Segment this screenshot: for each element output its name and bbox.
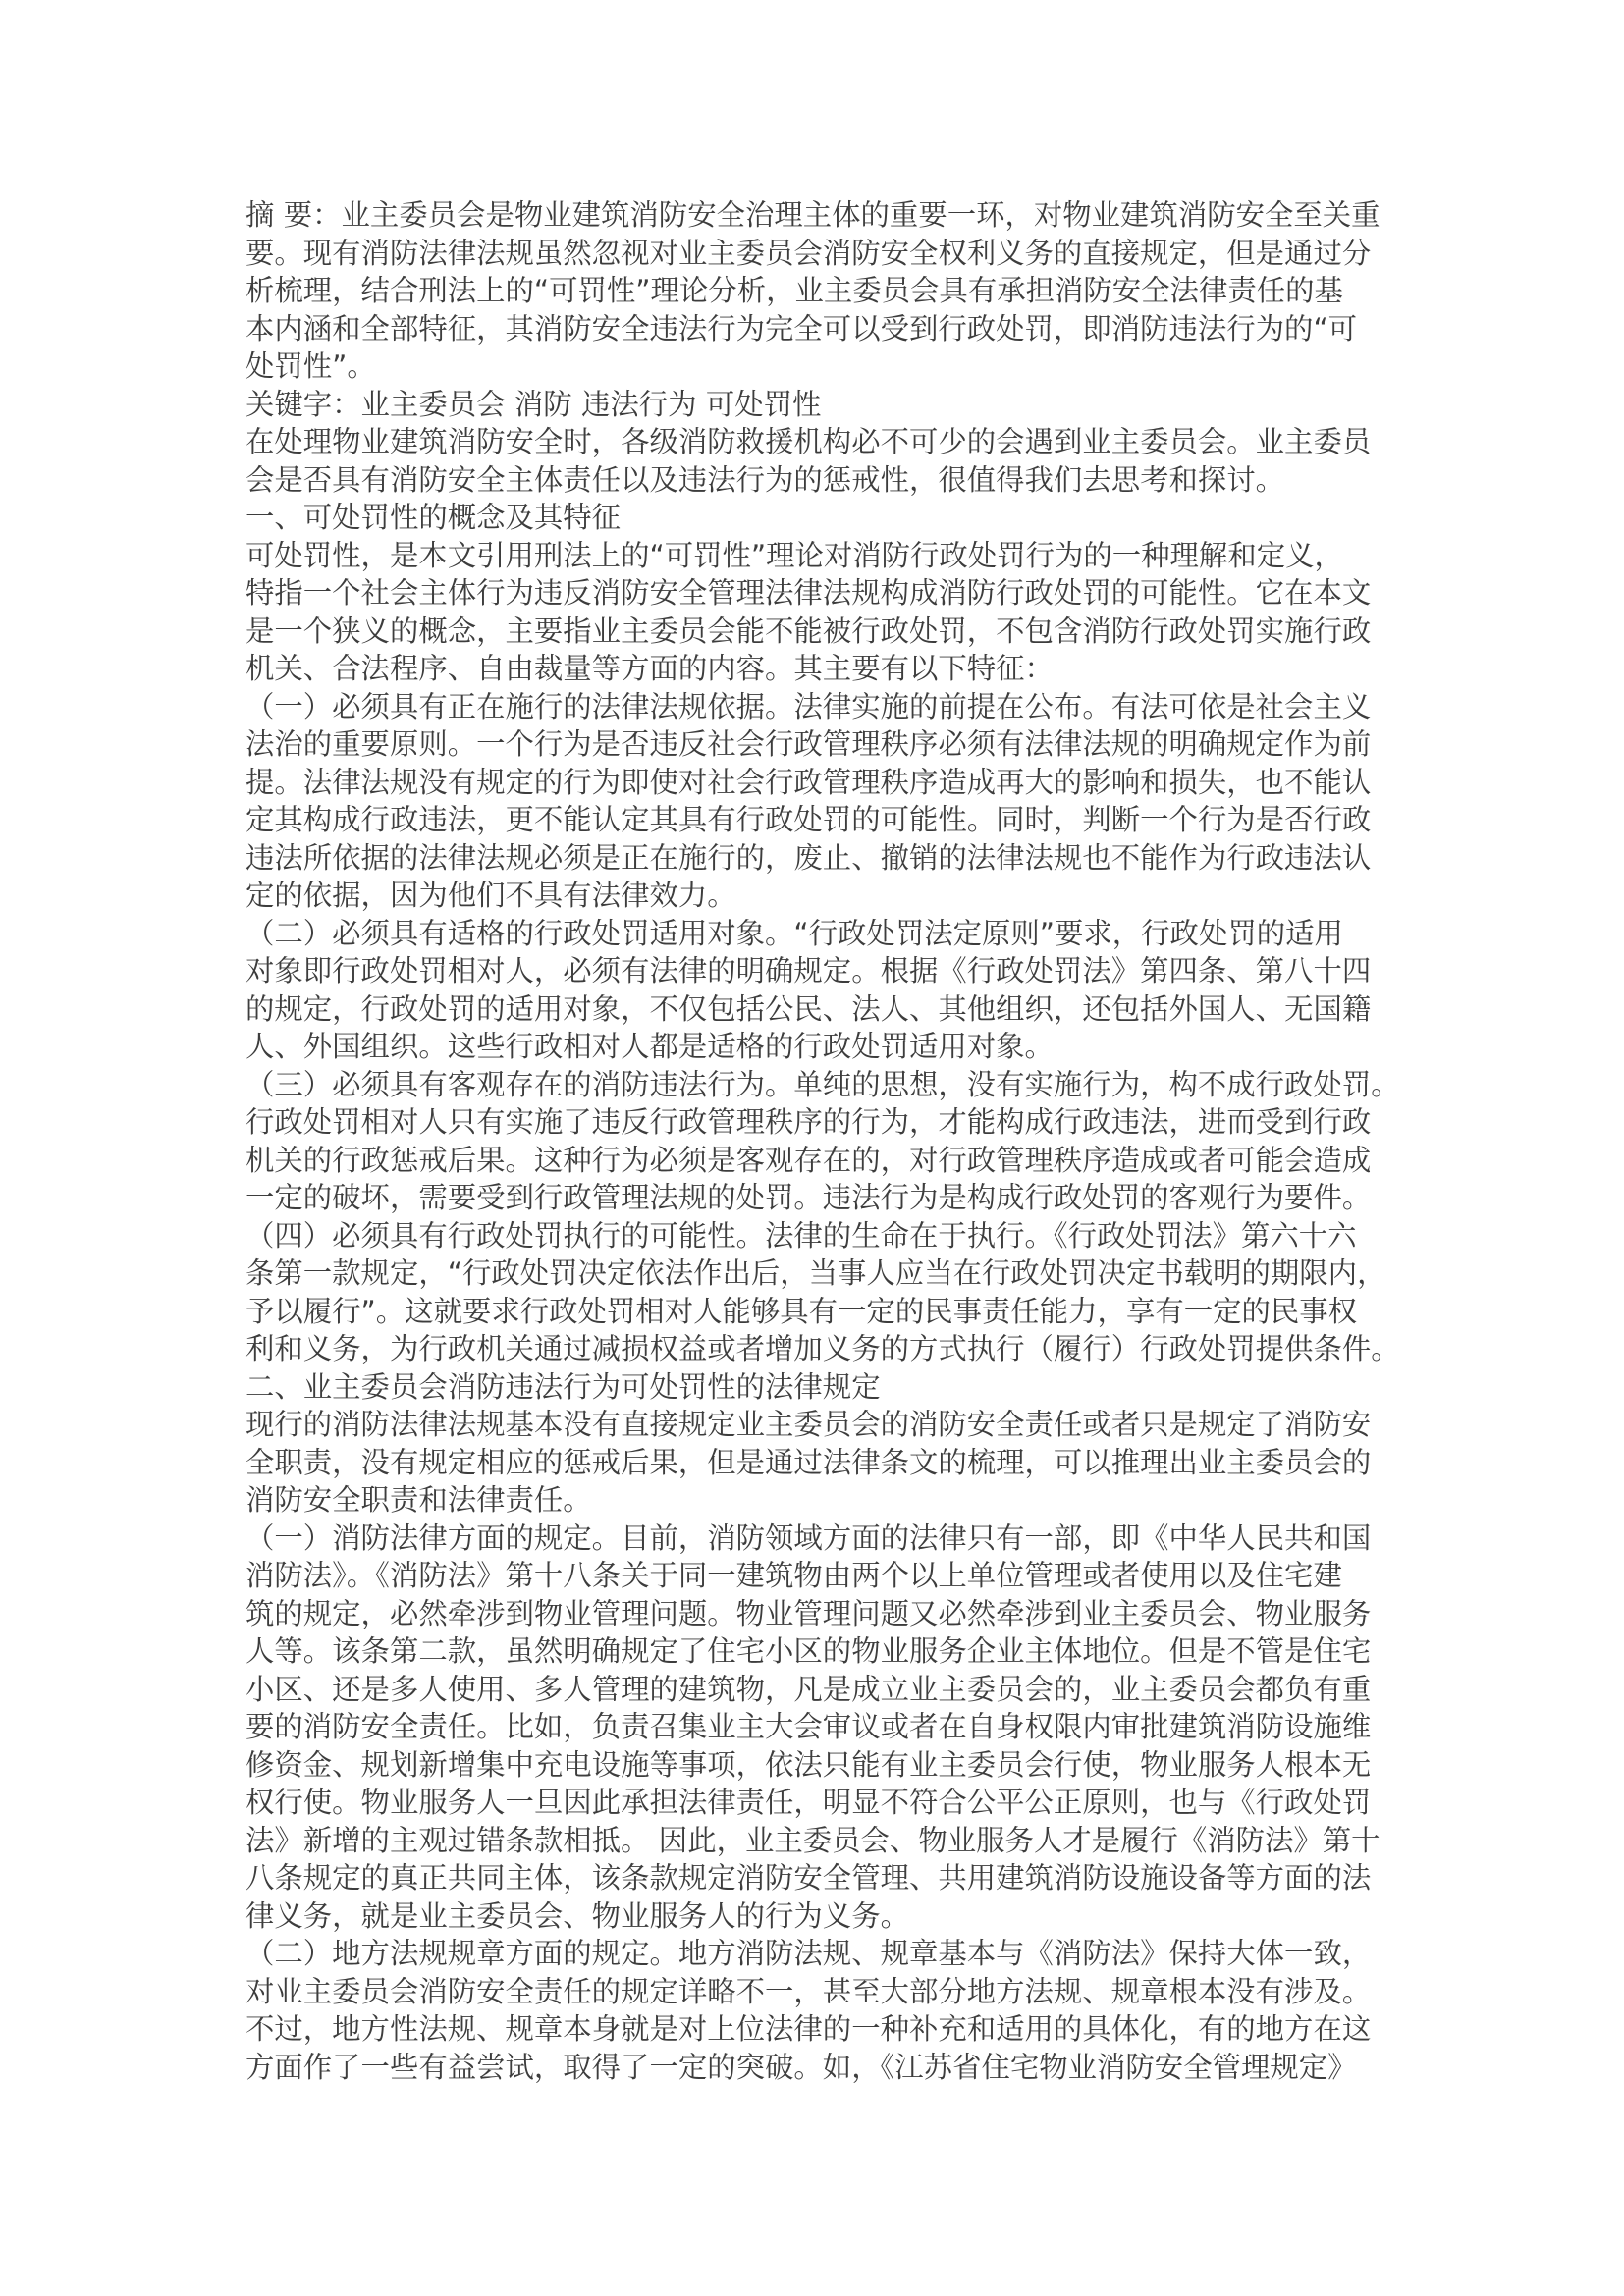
text-line: 法》新增的主观过错条款相抵。 因此，业主委员会、物业服务人才是履行《消防法》第十 — [245, 1822, 1404, 1860]
text-line: 消防安全职责和法律责任。 — [245, 1481, 1404, 1520]
text-line: 要。现有消防法律法规虽然忽视对业主委员会消防安全权利义务的直接规定，但是通过分 — [245, 235, 1404, 273]
text-line: 人等。该条第二款，虽然明确规定了住宅小区的物业服务企业主体地位。但是不管是住宅 — [245, 1632, 1404, 1671]
text-line: 对象即行政处罚相对人，必须有法律的明确规定。根据《行政处罚法》第四条、第八十四 — [245, 952, 1404, 990]
text-line: 定的依据，因为他们不具有法律效力。 — [245, 877, 1404, 915]
text-line: 人、外国组织。这些行政相对人都是适格的行政处罚适用对象。 — [245, 1028, 1404, 1066]
paragraph-section-2-intro: 现行的消防法律法规基本没有直接规定业主委员会的消防安全责任或者只是规定了消防安全… — [245, 1406, 1404, 1520]
paragraph-section-1-point-4: （四）必须具有行政处罚执行的可能性。法律的生命在于执行。《行政处罚法》第六十六条… — [245, 1217, 1404, 1368]
paragraph-section-2-point-2: （二）地方法规规章方面的规定。地方消防法规、规章基本与《消防法》保持大体一致，对… — [245, 1935, 1404, 2086]
text-line: 在处理物业建筑消防安全时，各级消防救援机构必不可少的会遇到业主委员会。业主委员 — [245, 423, 1404, 461]
text-line: 定其构成行政违法，更不能认定其具有行政处罚的可能性。同时，判断一个行为是否行政 — [245, 801, 1404, 839]
text-line: 机关的行政惩戒后果。这种行为必须是客观存在的，对行政管理秩序造成或者可能会造成 — [245, 1142, 1404, 1180]
text-line: 权行使。物业服务人一旦因此承担法律责任，明显不符合公平公正原则，也与《行政处罚 — [245, 1784, 1404, 1822]
text-line: 方面作了一些有益尝试，取得了一定的突破。如，《江苏省住宅物业消防安全管理规定》 — [245, 2049, 1404, 2087]
text-line: （一）消防法律方面的规定。目前，消防领域方面的法律只有一部，即《中华人民共和国 — [245, 1520, 1404, 1558]
text-line: 现行的消防法律法规基本没有直接规定业主委员会的消防安全责任或者只是规定了消防安 — [245, 1406, 1404, 1444]
text-line: 机关、合法程序、自由裁量等方面的内容。其主要有以下特征： — [245, 650, 1404, 688]
text-line: 特指一个社会主体行为违反消防安全管理法律法规构成消防行政处罚的可能性。它在本文 — [245, 574, 1404, 613]
text-line: 行政处罚相对人只有实施了违反行政管理秩序的行为，才能构成行政违法，进而受到行政 — [245, 1103, 1404, 1142]
text-line: 一定的破坏，需要受到行政管理法规的处罚。违法行为是构成行政处罚的客观行为要件。 — [245, 1179, 1404, 1217]
text-line: 全职责，没有规定相应的惩戒后果，但是通过法律条文的梳理，可以推理出业主委员会的 — [245, 1444, 1404, 1482]
text-line: 摘 要：业主委员会是物业建筑消防安全治理主体的重要一环，对物业建筑消防安全至关重 — [245, 196, 1404, 235]
text-line: 筑的规定，必然牵涉到物业管理问题。物业管理问题又必然牵涉到业主委员会、物业服务 — [245, 1595, 1404, 1633]
text-line: 法治的重要原则。一个行为是否违反社会行政管理秩序必须有法律法规的明确规定作为前 — [245, 725, 1404, 764]
text-line: 提。法律法规没有规定的行为即使对社会行政管理秩序造成再大的影响和损失，也不能认 — [245, 764, 1404, 802]
text-line: 析梳理，结合刑法上的“可罚性”理论分析，业主委员会具有承担消防安全法律责任的基 — [245, 272, 1404, 310]
text-line: 予以履行”。这就要求行政处罚相对人能够具有一定的民事责任能力，享有一定的民事权 — [245, 1293, 1404, 1331]
text-line: 关键字：业主委员会 消防 违法行为 可处罚性 — [245, 386, 1404, 424]
text-line: 是一个狭义的概念，主要指业主委员会能不能被行政处罚，不包含消防行政处罚实施行政 — [245, 613, 1404, 651]
text-line: 可处罚性，是本文引用刑法上的“可罚性”理论对消防行政处罚行为的一种理解和定义， — [245, 537, 1404, 575]
text-line: 要的消防安全责任。比如，负责召集业主大会审议或者在自身权限内审批建筑消防设施维 — [245, 1708, 1404, 1746]
paragraph-abstract: 摘 要：业主委员会是物业建筑消防安全治理主体的重要一环，对物业建筑消防安全至关重… — [245, 196, 1404, 386]
text-line: 违法所依据的法律法规必须是正在施行的，废止、撤销的法律法规也不能作为行政违法认 — [245, 839, 1404, 878]
text-line: 八条规定的真正共同主体，该条款规定消防安全管理、共用建筑消防设施设备等方面的法 — [245, 1859, 1404, 1897]
paragraph-keywords: 关键字：业主委员会 消防 违法行为 可处罚性 — [245, 386, 1404, 424]
paragraph-intro: 在处理物业建筑消防安全时，各级消防救援机构必不可少的会遇到业主委员会。业主委员会… — [245, 423, 1404, 499]
text-line: 本内涵和全部特征，其消防安全违法行为完全可以受到行政处罚，即消防违法行为的“可 — [245, 310, 1404, 348]
text-line: 会是否具有消防安全主体责任以及违法行为的惩戒性，很值得我们去思考和探讨。 — [245, 461, 1404, 500]
document-page: 摘 要：业主委员会是物业建筑消防安全治理主体的重要一环，对物业建筑消防安全至关重… — [0, 0, 1624, 2296]
text-line: 对业主委员会消防安全责任的规定详略不一，甚至大部分地方法规、规章根本没有涉及。 — [245, 1973, 1404, 2011]
document-body: 摘 要：业主委员会是物业建筑消防安全治理主体的重要一环，对物业建筑消防安全至关重… — [245, 196, 1404, 2086]
text-line: 的规定，行政处罚的适用对象，不仅包括公民、法人、其他组织，还包括外国人、无国籍 — [245, 990, 1404, 1029]
text-line: 不过，地方性法规、规章本身就是对上位法律的一种补充和适用的具体化，有的地方在这 — [245, 2010, 1404, 2049]
text-line: 消防法》。《消防法》第十八条关于同一建筑物由两个以上单位管理或者使用以及住宅建 — [245, 1557, 1404, 1595]
text-line: 条第一款规定，“行政处罚决定依法作出后，当事人应当在行政处罚决定书载明的期限内， — [245, 1255, 1404, 1293]
text-line: 一、可处罚性的概念及其特征 — [245, 499, 1404, 537]
paragraph-section-1-point-3: （三）必须具有客观存在的消防违法行为。单纯的思想，没有实施行为，构不成行政处罚。… — [245, 1066, 1404, 1217]
text-line: 修资金、规划新增集中充电设施等事项，依法只能有业主委员会行使，物业服务人根本无 — [245, 1746, 1404, 1785]
text-line: （二）必须具有适格的行政处罚适用对象。“行政处罚法定原则”要求，行政处罚的适用 — [245, 915, 1404, 953]
paragraph-section-2-heading: 二、业主委员会消防违法行为可处罚性的法律规定 — [245, 1368, 1404, 1407]
text-line: 律义务，就是业主委员会、物业服务人的行为义务。 — [245, 1897, 1404, 1936]
paragraph-section-1-point-2: （二）必须具有适格的行政处罚适用对象。“行政处罚法定原则”要求，行政处罚的适用对… — [245, 915, 1404, 1066]
text-line: （二）地方法规规章方面的规定。地方消防法规、规章基本与《消防法》保持大体一致， — [245, 1935, 1404, 1973]
paragraph-section-1-heading: 一、可处罚性的概念及其特征 — [245, 499, 1404, 537]
text-line: （三）必须具有客观存在的消防违法行为。单纯的思想，没有实施行为，构不成行政处罚。 — [245, 1066, 1404, 1104]
text-line: 处罚性”。 — [245, 347, 1404, 386]
paragraph-section-1-point-1: （一）必须具有正在施行的法律法规依据。法律实施的前提在公布。有法可依是社会主义法… — [245, 688, 1404, 915]
text-line: 二、业主委员会消防违法行为可处罚性的法律规定 — [245, 1368, 1404, 1407]
paragraph-section-1-intro: 可处罚性，是本文引用刑法上的“可罚性”理论对消防行政处罚行为的一种理解和定义，特… — [245, 537, 1404, 688]
text-line: （四）必须具有行政处罚执行的可能性。法律的生命在于执行。《行政处罚法》第六十六 — [245, 1217, 1404, 1255]
paragraph-section-2-point-1: （一）消防法律方面的规定。目前，消防领域方面的法律只有一部，即《中华人民共和国消… — [245, 1520, 1404, 1936]
text-line: （一）必须具有正在施行的法律法规依据。法律实施的前提在公布。有法可依是社会主义 — [245, 688, 1404, 726]
text-line: 小区、还是多人使用、多人管理的建筑物，凡是成立业主委员会的，业主委员会都负有重 — [245, 1671, 1404, 1709]
text-line: 利和义务，为行政机关通过减损权益或者增加义务的方式执行（履行）行政处罚提供条件。 — [245, 1330, 1404, 1368]
